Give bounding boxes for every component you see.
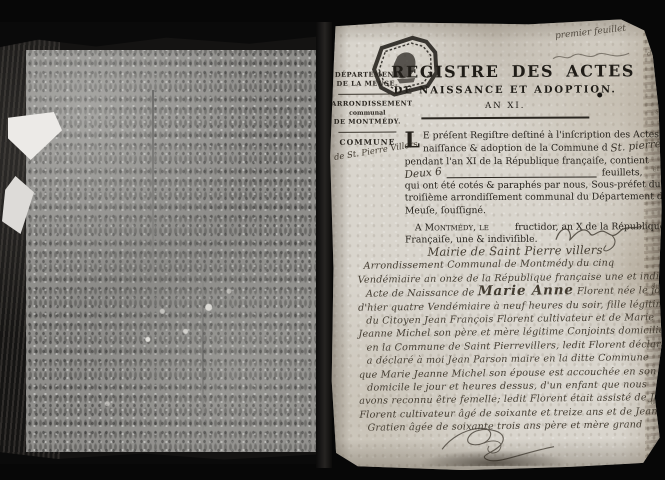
bottom-edge-stain bbox=[419, 450, 569, 467]
edge-fragment: mes bbox=[646, 339, 661, 349]
child-name: Marie Anne bbox=[478, 282, 574, 299]
preamble-line: troiſième arrondiſſement communal du Dép… bbox=[405, 192, 643, 206]
folio-count-handwritten: Deux 6 bbox=[404, 166, 442, 182]
cover-crease bbox=[152, 90, 154, 280]
register-scan-photo: premier feuillet DÉPARTEMENT DE LA MEUSE… bbox=[0, 0, 665, 480]
cover-crease bbox=[202, 270, 204, 440]
title-block: REGISTRE DES ACTES DE NAISSANCE ET ADOPT… bbox=[391, 61, 619, 119]
page-title: REGISTRE DES ACTES bbox=[391, 61, 619, 81]
page-annotation: premier feuillet bbox=[555, 24, 627, 42]
preamble-line-text: naiſſance & adoption de la Commune d bbox=[423, 143, 608, 155]
blank-rule bbox=[447, 170, 597, 179]
edge-fragment: s bbox=[655, 107, 659, 115]
cover-flecks bbox=[26, 50, 316, 452]
cover-marbled-paper bbox=[26, 50, 316, 452]
manuscript-text: Acte de Naissance de bbox=[366, 288, 478, 300]
book-cover bbox=[0, 24, 320, 462]
dateline-place: A Montmédy, le bbox=[415, 222, 489, 233]
preamble-line: naiſſance & adoption de la Commune d St.… bbox=[404, 142, 642, 157]
drop-cap: L bbox=[404, 131, 420, 150]
title-rule bbox=[421, 117, 589, 120]
edge-fragment: dit bbox=[651, 398, 661, 407]
edge-fragment: Vend bbox=[642, 223, 660, 233]
page-year: AN XI. bbox=[391, 100, 619, 111]
ink-blot bbox=[597, 92, 602, 97]
edge-bleedthrough-fragments: des s et Vend du mes dit on bbox=[627, 49, 661, 464]
edge-fragment: et bbox=[652, 165, 660, 174]
register-page: premier feuillet DÉPARTEMENT DE LA MEUSE… bbox=[329, 19, 663, 471]
page-subtitle: DE NAISSANCE ET ADOPTION. bbox=[391, 84, 619, 96]
margin-rule bbox=[338, 132, 396, 133]
edge-fragment: des bbox=[646, 49, 659, 58]
binding-gutter bbox=[316, 22, 332, 468]
handwritten-act: Mairie de Saint Pierre villers Arrondiss… bbox=[357, 243, 659, 435]
edge-fragment: on bbox=[652, 456, 662, 465]
preamble-line: Meuſe, ſouſſigné. bbox=[405, 204, 643, 218]
edge-fragment: du bbox=[651, 281, 661, 290]
margin-rule bbox=[338, 94, 396, 95]
